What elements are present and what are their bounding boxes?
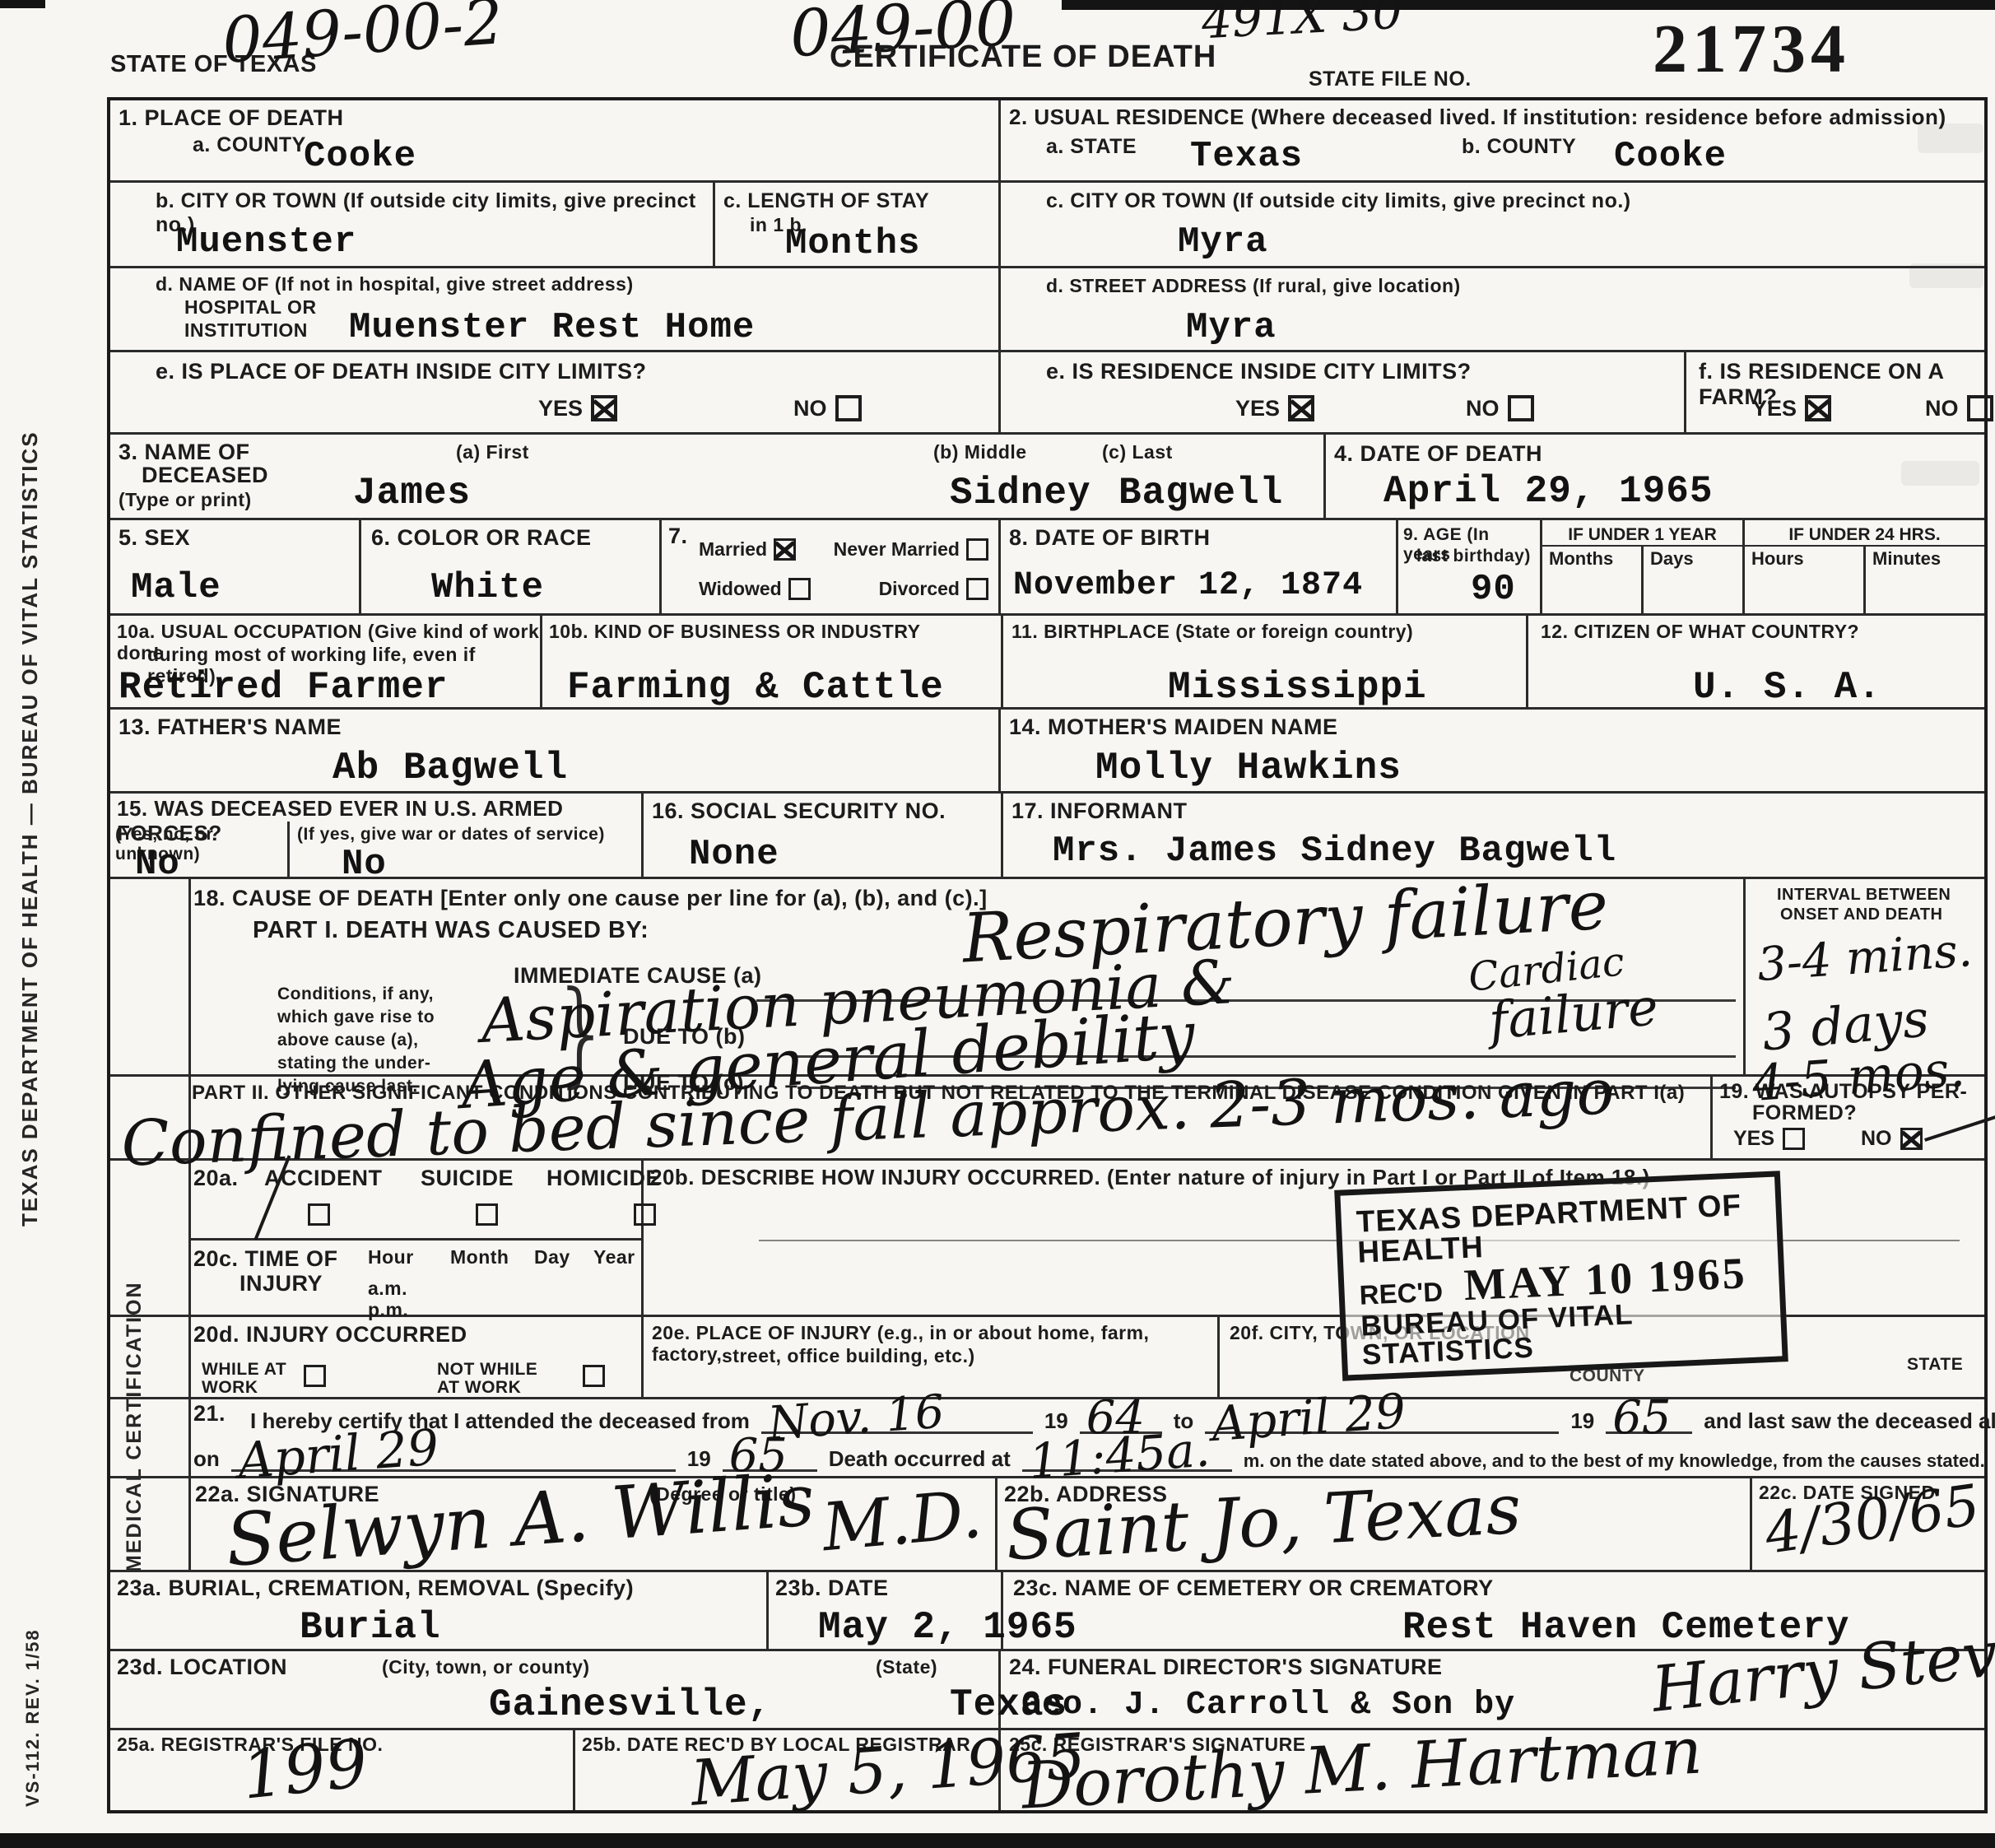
- never-married-option: Never Married: [834, 538, 988, 561]
- attended-from-slot: Nov. 16: [761, 1404, 1033, 1434]
- interval-column: INTERVAL BETWEEN ONSET AND DEATH 3-4 min…: [1743, 879, 1984, 1074]
- place-of-death-title: 1. PLACE OF DEATH: [119, 105, 344, 131]
- month-label: Month: [450, 1246, 509, 1268]
- occupation-cell: 10a. USUAL OCCUPATION (Give kind of work…: [110, 616, 542, 707]
- handwritten-file-annotation: 491X 30: [1201, 0, 1403, 43]
- months-label: Months: [1542, 547, 1641, 613]
- married-label: Married: [699, 540, 767, 559]
- citizen-cell: 12. CITIZEN OF WHAT COUNTRY? U. S. A.: [1528, 616, 1984, 707]
- while-at-work-checkbox: [304, 1365, 326, 1387]
- citizen-value: U. S. A.: [1693, 668, 1881, 706]
- scan-edge-bottom: [0, 1833, 1995, 1848]
- on-date-handwriting: April 29: [236, 1427, 439, 1483]
- row-city-limits: e. IS PLACE OF DEATH INSIDE CITY LIMITS?…: [110, 352, 1984, 435]
- row-location-funeral: 23d. LOCATION (City, town, or county) (S…: [110, 1651, 1984, 1730]
- interval-header-1: INTERVAL BETWEEN: [1777, 886, 1951, 905]
- age-value: 90: [1471, 571, 1516, 607]
- death-limits-no-checkbox: [835, 395, 862, 421]
- name-of-deceased-cell: 3. NAME OF DECEASED (Type or print) (a) …: [110, 435, 1326, 518]
- registrar-file-cell: 25a. REGISTRAR'S FILE NO. 199: [110, 1730, 575, 1810]
- residence-state-label: a. STATE: [1046, 135, 1137, 159]
- scan-edge-topleft: [0, 0, 45, 8]
- time-of-injury-label-1: 20c. TIME OF: [193, 1246, 338, 1272]
- mother-name-cell: 14. MOTHER'S MAIDEN NAME Molly Hawkins: [1001, 710, 1984, 791]
- if-under-1-year-cell: IF UNDER 1 YEAR Months Days: [1542, 520, 1745, 613]
- row-name-deathdate: 3. NAME OF DECEASED (Type or print) (a) …: [110, 435, 1984, 520]
- row-institution-street: d. NAME OF (If not in hospital, give str…: [110, 268, 1984, 352]
- handwritten-district-number: 049-00-2: [221, 0, 505, 67]
- farm-yes-checkbox: [1805, 395, 1831, 421]
- burial-type-label: 23a. BURIAL, CREMATION, REMOVAL (Specify…: [117, 1576, 634, 1601]
- deceased-title-3: (Type or print): [119, 489, 252, 510]
- city-or-town-cell: b. CITY OR TOWN (If outside city limits,…: [110, 183, 715, 266]
- not-while-checkbox: [583, 1365, 605, 1387]
- death-limits-yes-checkbox: [591, 395, 617, 421]
- farm-no-checkbox: [1967, 395, 1993, 421]
- death-occurred-text: Death occurred at: [829, 1446, 1011, 1472]
- mother-name-label: 14. MOTHER'S MAIDEN NAME: [1009, 715, 1337, 740]
- header: STATE OF TEXAS 049-00-2 049-00 CERTIFICA…: [107, 0, 1988, 97]
- stay-label: c. LENGTH OF STAY: [723, 189, 929, 213]
- year-label: Year: [593, 1246, 635, 1268]
- no-label: NO: [793, 398, 827, 420]
- degree-handwriting: M.D.: [820, 1487, 984, 1557]
- time-of-injury-label-2: INJURY: [239, 1271, 323, 1296]
- institution-label-3: INSTITUTION: [184, 319, 308, 341]
- county-value: Cooke: [304, 138, 416, 175]
- county-label: a. COUNTY: [193, 133, 306, 157]
- street-address-value: Myra: [1186, 310, 1277, 346]
- date-of-death-cell: 4. DATE OF DEATH April 29, 1965: [1326, 435, 1984, 518]
- birthplace-value: Mississippi: [1168, 668, 1427, 706]
- row-city-stay: b. CITY OR TOWN (If outside city limits,…: [110, 183, 1984, 268]
- stay-value: Months: [785, 226, 920, 262]
- interval-c-handwriting: 4-5 mos.: [1751, 1049, 1967, 1106]
- farm-yes-option: YES: [1752, 395, 1831, 421]
- no-label: NO: [1861, 1129, 1892, 1149]
- father-name-value: Ab Bagwell: [332, 749, 568, 787]
- armed-forces-sub2-cell: (If yes, give war or dates of service) N…: [292, 822, 641, 877]
- burial-type-cell: 23a. BURIAL, CREMATION, REMOVAL (Specify…: [110, 1572, 769, 1649]
- location-city-value: Gainesville,: [489, 1686, 771, 1724]
- widowed-checkbox: [788, 578, 811, 600]
- funeral-director-cell: 24. FUNERAL DIRECTOR'S SIGNATURE Geo. J.…: [1001, 1651, 1984, 1728]
- suicide-label: SUICIDE: [421, 1166, 514, 1191]
- armed-forces-value-1: No: [135, 846, 180, 882]
- interval-a-handwriting: 3-4 mins.: [1756, 931, 1974, 985]
- middle-name-value: Sidney: [950, 474, 1091, 512]
- married-option: Married: [699, 538, 796, 561]
- if-under-24-hrs-cell: IF UNDER 24 HRS. Hours Minutes: [1745, 520, 1984, 613]
- physician-address-cell: 22b. ADDRESS Saint Jo, Texas: [997, 1478, 1752, 1570]
- on-date-slot: April 29: [231, 1442, 676, 1472]
- year-prefix-1: 19: [1044, 1408, 1068, 1434]
- date-signed-cell: 22c. DATE SIGNED 4/30/65: [1752, 1478, 1984, 1570]
- mother-name-value: Molly Hawkins: [1095, 749, 1402, 787]
- date-of-death-label: 4. DATE OF DEATH: [1334, 441, 1542, 467]
- attended-to-handwriting: April 29: [1211, 1391, 1407, 1445]
- am-label: a.m.: [368, 1278, 407, 1299]
- informant-label: 17. INFORMANT: [1011, 798, 1188, 824]
- certify-number: 21.: [193, 1401, 226, 1427]
- certificate-title: CERTIFICATE OF DEATH: [830, 40, 1216, 76]
- year-2-handwriting: 65: [1612, 1399, 1671, 1438]
- last-name-label: (c) Last: [1102, 441, 1173, 463]
- residence-limits-yes-checkbox: [1288, 395, 1314, 421]
- citizen-label: 12. CITIZEN OF WHAT COUNTRY?: [1541, 621, 1859, 642]
- part1-label: PART I. DEATH WAS CAUSED BY:: [253, 917, 649, 944]
- interval-header-2: ONSET AND DEATH: [1780, 905, 1943, 924]
- divorced-option: Divorced: [879, 578, 988, 600]
- state-file-number: 21734: [1653, 15, 1850, 84]
- residence-limits-no-checkbox: [1508, 395, 1534, 421]
- length-of-stay-cell: c. LENGTH OF STAY in 1 b. Months: [715, 183, 1001, 266]
- residence-limits-no-option: NO: [1466, 395, 1534, 421]
- cemetery-label: 23c. NAME OF CEMETERY OR CREMATORY: [1013, 1576, 1494, 1601]
- sex-cell: 5. SEX Male: [110, 520, 361, 613]
- place-of-injury-label-2: street, office building, etc.): [722, 1345, 975, 1366]
- armed-forces-sub1-cell: (Yes, no, or unknown) No: [110, 822, 290, 877]
- sex-label: 5. SEX: [119, 525, 190, 551]
- institution-label-1: d. NAME OF (If not in hospital, give str…: [156, 273, 634, 295]
- under-24-hrs-subcols: Hours Minutes: [1745, 547, 1984, 613]
- divorced-checkbox: [966, 578, 988, 600]
- city-value: Muenster: [176, 224, 356, 260]
- street-address-label: d. STREET ADDRESS (If rural, give locati…: [1046, 275, 1461, 296]
- institution-label-2: HOSPITAL OR: [184, 296, 317, 318]
- married-checkbox: [774, 538, 796, 561]
- cause-b-lower-handwriting: failure: [1487, 985, 1660, 1043]
- row-part2-autopsy: PART II. OTHER SIGNIFICANT CONDITIONS CO…: [110, 1077, 1984, 1161]
- residence-limits-label: e. IS RESIDENCE INSIDE CITY LIMITS?: [1046, 359, 1472, 384]
- death-city-limits-label: e. IS PLACE OF DEATH INSIDE CITY LIMITS?: [156, 359, 647, 384]
- autopsy-yes-option: YES: [1733, 1128, 1805, 1150]
- row-registrar: 25a. REGISTRAR'S FILE NO. 199 25b. DATE …: [110, 1730, 1984, 1810]
- under-1-year-subcols: Months Days: [1542, 547, 1742, 613]
- date-of-birth-cell: 8. DATE OF BIRTH November 12, 1874: [1001, 520, 1398, 613]
- farm-no-option: NO: [1925, 395, 1993, 421]
- conditions-note-3: above cause (a),: [277, 1031, 418, 1050]
- margin-form-number: VS-112. REV. 1/58: [23, 1609, 43, 1807]
- occupation-value: Retired Farmer: [119, 668, 448, 706]
- marital-line-1: Married Never Married: [699, 538, 988, 561]
- marital-label: 7.: [668, 524, 688, 549]
- under-1-year-label: IF UNDER 1 YEAR: [1542, 520, 1742, 547]
- row-sex-race-marital-dob: 5. SEX Male 6. COLOR OR RACE White 7. Ma…: [110, 520, 1984, 616]
- minutes-label: Minutes: [1863, 547, 1984, 613]
- on-word: on: [193, 1446, 220, 1472]
- residence-county-value: Cooke: [1614, 138, 1727, 175]
- death-city-limits-cell: e. IS PLACE OF DEATH INSIDE CITY LIMITS?…: [110, 352, 1001, 432]
- address-handwriting: Saint Jo, Texas: [1005, 1480, 1523, 1566]
- under-24-hrs-label: IF UNDER 24 HRS.: [1745, 520, 1984, 547]
- row-forces-ssn-informant: 15. WAS DECEASED EVER IN U.S. ARMED FORC…: [110, 794, 1984, 879]
- ssn-label: 16. SOCIAL SECURITY NO.: [652, 798, 946, 824]
- stamp-recd-label: REC'D: [1359, 1278, 1444, 1308]
- industry-cell: 10b. KIND OF BUSINESS OR INDUSTRY Farmin…: [542, 616, 1003, 707]
- row-certify: 21. I hereby certify that I attended the…: [110, 1399, 1984, 1478]
- row-place-usual: 1. PLACE OF DEATH a. COUNTY Cooke 2. USU…: [110, 100, 1984, 183]
- death-limits-no-option: NO: [793, 395, 862, 421]
- row-occupation: 10a. USUAL OCCUPATION (Give kind of work…: [110, 616, 1984, 710]
- usual-residence-title: 2. USUAL RESIDENCE (Where deceased lived…: [1009, 105, 1946, 130]
- residence-city-label: c. CITY OR TOWN (If outside city limits,…: [1046, 189, 1631, 213]
- ssn-cell: 16. SOCIAL SECURITY NO. None: [644, 794, 1003, 877]
- date-of-death-value: April 29, 1965: [1383, 472, 1713, 510]
- armed-forces-cell: 15. WAS DECEASED EVER IN U.S. ARMED FORC…: [110, 794, 644, 877]
- residence-city-cell: c. CITY OR TOWN (If outside city limits,…: [1001, 183, 1984, 266]
- ssn-value: None: [689, 836, 779, 873]
- never-married-checkbox: [966, 538, 988, 561]
- race-value: White: [431, 570, 544, 606]
- row-parents: 13. FATHER'S NAME Ab Bagwell 14. MOTHER'…: [110, 710, 1984, 794]
- row-burial: 23a. BURIAL, CREMATION, REMOVAL (Specify…: [110, 1572, 1984, 1651]
- autopsy-yes-checkbox: [1783, 1128, 1805, 1150]
- race-cell: 6. COLOR OR RACE White: [361, 520, 662, 613]
- location-sub-1: (City, town, or county): [382, 1656, 590, 1678]
- residence-city-limits-cell: e. IS RESIDENCE INSIDE CITY LIMITS? YES …: [1001, 352, 1686, 432]
- residence-county-label: b. COUNTY: [1462, 135, 1576, 159]
- injury-occurred-cell: 20d. INJURY OCCURRED WHILE AT WORK NOT W…: [188, 1317, 644, 1397]
- yes-label: YES: [538, 398, 583, 420]
- state-file-no-label: STATE FILE NO.: [1309, 67, 1472, 91]
- conditions-note-4: stating the under-: [277, 1054, 430, 1073]
- location-sub-2: (State): [876, 1656, 937, 1678]
- burial-date-label: 23b. DATE: [775, 1576, 889, 1601]
- deceased-title-2: DECEASED: [142, 463, 268, 488]
- certificate-form: 1. PLACE OF DEATH a. COUNTY Cooke 2. USU…: [107, 97, 1988, 1813]
- date-of-birth-label: 8. DATE OF BIRTH: [1009, 525, 1211, 551]
- armed-forces-value-2: No: [342, 846, 387, 882]
- not-while-label-1: NOT WHILE: [437, 1360, 537, 1380]
- informant-cell: 17. INFORMANT Mrs. James Sidney Bagwell: [1003, 794, 1984, 877]
- part2-cell: PART II. OTHER SIGNIFICANT CONDITIONS CO…: [188, 1077, 1713, 1158]
- yes-label: YES: [1235, 398, 1280, 420]
- marital-status-cell: 7. Married Never Married Widowed: [662, 520, 1001, 613]
- hour-label: Hour: [368, 1246, 414, 1268]
- registrar-date-cell: 25b. DATE REC'D BY LOCAL REGISTRAR May 5…: [575, 1730, 1001, 1810]
- yes-label: YES: [1752, 398, 1797, 420]
- burial-date-value: May 2, 1965: [818, 1608, 1077, 1646]
- birthplace-label: 11. BIRTHPLACE (State or foreign country…: [1011, 621, 1413, 642]
- no-label: NO: [1466, 398, 1500, 420]
- residence-state-value: Texas: [1190, 138, 1303, 175]
- cause-of-death-cell: 18. CAUSE OF DEATH [Enter only one cause…: [188, 879, 1984, 1074]
- industry-value: Farming & Cattle: [567, 668, 944, 706]
- father-name-cell: 13. FATHER'S NAME Ab Bagwell: [110, 710, 1001, 791]
- race-label: 6. COLOR OR RACE: [371, 525, 592, 551]
- informant-value: Mrs. James Sidney Bagwell: [1053, 833, 1616, 869]
- armed-forces-sub2-label: (If yes, give war or dates of service): [297, 825, 605, 845]
- suicide-checkbox: [476, 1203, 498, 1226]
- first-name-value: James: [353, 474, 471, 512]
- funeral-director-label: 24. FUNERAL DIRECTOR'S SIGNATURE: [1009, 1655, 1442, 1680]
- marital-line-2: Widowed Divorced: [699, 578, 988, 600]
- hours-label: Hours: [1745, 547, 1863, 613]
- first-name-label: (a) First: [456, 441, 529, 463]
- day-label: Day: [534, 1246, 570, 1268]
- father-name-label: 13. FATHER'S NAME: [119, 715, 342, 740]
- autopsy-no-option: NO: [1861, 1128, 1923, 1150]
- cause-title: 18. CAUSE OF DEATH [Enter only one cause…: [193, 886, 988, 911]
- burial-date-cell: 23b. DATE May 2, 1965: [769, 1572, 1003, 1649]
- widowed-option: Widowed: [699, 578, 811, 600]
- attended-to-slot: April 29: [1205, 1404, 1559, 1434]
- never-married-label: Never Married: [834, 540, 960, 559]
- physician-signature-cell: 22a. SIGNATURE Selwyn A. Willis (Degree …: [188, 1478, 997, 1570]
- divorced-label: Divorced: [879, 580, 960, 598]
- days-label: Days: [1641, 547, 1742, 613]
- funeral-director-typed: Geo. J. Carroll & Son by: [1021, 1689, 1515, 1722]
- conditions-note-1: Conditions, if any,: [277, 985, 434, 1004]
- death-limits-yes-option: YES: [538, 395, 617, 421]
- registrar-file-handwriting: 199: [239, 1735, 370, 1804]
- residence-city-value: Myra: [1178, 224, 1268, 260]
- autopsy-no-checkbox: [1900, 1128, 1923, 1150]
- certify-line-2: on April 29 19 65 Death occurred at 11:4…: [193, 1442, 1985, 1472]
- widowed-label: Widowed: [699, 580, 782, 598]
- accident-checkbox: [308, 1203, 330, 1226]
- burial-location-cell: 23d. LOCATION (City, town, or county) (S…: [110, 1651, 1001, 1728]
- certify-cell: 21. I hereby certify that I attended the…: [188, 1399, 1984, 1476]
- place-of-death-cell: 1. PLACE OF DEATH a. COUNTY Cooke: [110, 100, 1001, 180]
- usual-residence-cell: 2. USUAL RESIDENCE (Where deceased lived…: [1001, 100, 1984, 180]
- age-label-2: last birthday): [1416, 547, 1531, 566]
- year-prefix-2: 19: [1570, 1408, 1594, 1434]
- deceased-title-1: 3. NAME OF: [119, 440, 250, 465]
- industry-label: 10b. KIND OF BUSINESS OR INDUSTRY: [549, 621, 920, 642]
- no-label: NO: [1925, 398, 1959, 420]
- certificate-page: TEXAS DEPARTMENT OF HEALTH — BUREAU OF V…: [0, 0, 1995, 1848]
- residence-farm-cell: f. IS RESIDENCE ON A FARM? YES NO: [1686, 352, 1984, 432]
- registrar-signature-cell: 25c. REGISTRAR'S SIGNATURE Dorothy M. Ha…: [1001, 1730, 1984, 1810]
- margin-side-text: TEXAS DEPARTMENT OF HEALTH — BUREAU OF V…: [18, 272, 42, 1227]
- injury-occurred-label: 20d. INJURY OCCURRED: [193, 1322, 467, 1348]
- sex-value: Male: [131, 570, 221, 606]
- death-time-slot: 11:45a.: [1022, 1442, 1232, 1472]
- institution-cell: d. NAME OF (If not in hospital, give str…: [110, 268, 1001, 350]
- time-of-injury-cell: 20c. TIME OF INJURY Hour Month Day Year …: [188, 1243, 641, 1315]
- certify-text-2: and last saw the deceased alive: [1704, 1408, 1995, 1434]
- death-time-handwriting: 11:45a.: [1027, 1429, 1211, 1483]
- certify-text-4: m. on the date stated above, and to the …: [1244, 1450, 1985, 1472]
- location-label: 23d. LOCATION: [117, 1655, 287, 1680]
- pen-stroke: [1924, 1110, 1995, 1142]
- birthplace-cell: 11. BIRTHPLACE (State or foreign country…: [1003, 616, 1528, 707]
- while-at-work-label-2: WORK: [202, 1378, 258, 1398]
- received-stamp: TEXAS DEPARTMENT OF HEALTH REC'D MAY 10 …: [1334, 1171, 1788, 1380]
- row-cause-of-death: 18. CAUSE OF DEATH [Enter only one cause…: [110, 879, 1984, 1077]
- residence-limits-yes-option: YES: [1235, 395, 1314, 421]
- attended-from-handwriting: Nov. 16: [766, 1393, 945, 1444]
- last-name-value: Bagwell: [1118, 474, 1283, 512]
- middle-name-label: (b) Middle: [933, 441, 1027, 463]
- not-while-label-2: AT WORK: [437, 1378, 521, 1398]
- yes-label: YES: [1733, 1129, 1774, 1149]
- injury-state-label: STATE: [1907, 1355, 1963, 1375]
- date-of-birth-value: November 12, 1874: [1013, 570, 1363, 603]
- row-physician-signature: 22a. SIGNATURE Selwyn A. Willis (Degree …: [110, 1478, 1984, 1572]
- year-2-slot: 65: [1606, 1404, 1692, 1434]
- age-cell: 9. AGE (In years last birthday) 90: [1398, 520, 1542, 613]
- institution-value: Muenster Rest Home: [349, 310, 755, 346]
- street-address-cell: d. STREET ADDRESS (If rural, give locati…: [1001, 268, 1984, 350]
- while-at-work-label-1: WHILE AT: [202, 1360, 286, 1380]
- injury-left-column: 20a. ACCIDENT SUICIDE HOMICIDE 20c. TIME…: [188, 1161, 644, 1315]
- burial-type-value: Burial: [300, 1608, 441, 1646]
- conditions-note-2: which gave rise to: [277, 1008, 435, 1027]
